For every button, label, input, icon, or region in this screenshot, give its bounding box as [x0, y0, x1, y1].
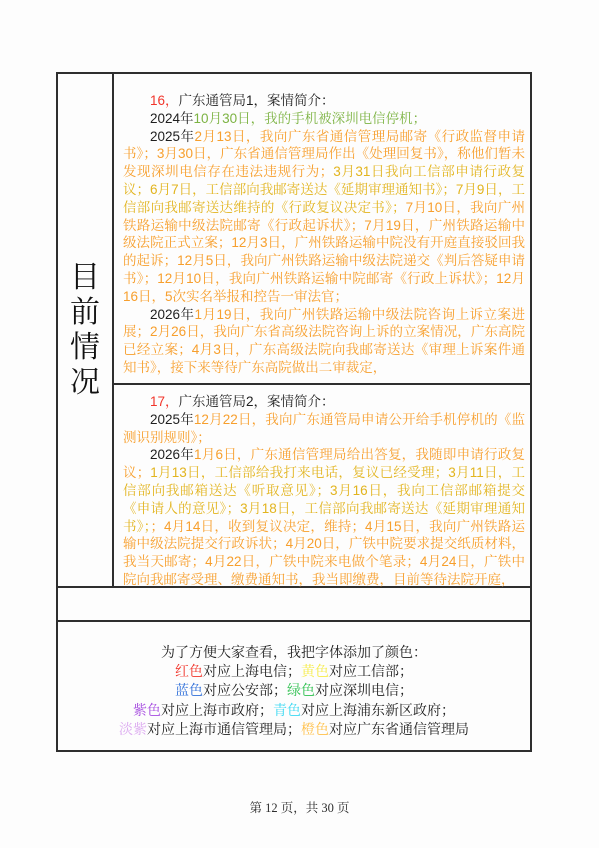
case-16-title: 16，广东通管局1，案情简介：	[123, 92, 525, 110]
case-column: 16，广东通管局1，案情简介： 2024年10月30日，我的手机被深圳电信停机；…	[114, 74, 530, 586]
table-upper-rows: 目前情况 16，广东通管局1，案情简介： 2024年10月30日，我的手机被深圳…	[56, 72, 532, 588]
row-header-cell: 目前情况	[58, 74, 114, 586]
case-16-cell: 16，广东通管局1，案情简介： 2024年10月30日，我的手机被深圳电信停机；…	[114, 74, 530, 385]
legend-header: 为了方便大家查看，我把字体添加了颜色：	[58, 643, 530, 662]
case-17-cell: 17，广东通管局2，案情简介： 2025年12月22日，我向广东通管局申请公开给…	[114, 385, 530, 586]
case-17-paragraph-2025: 2025年12月22日，我向广东通管局申请公开给手机停机的《监测识别规则》；	[123, 411, 525, 447]
case-17-title: 17，广东通管局2，案情简介：	[123, 393, 525, 411]
document-page: 目前情况 16，广东通管局1，案情简介： 2024年10月30日，我的手机被深圳…	[0, 0, 599, 848]
color-legend-cell: 为了方便大家查看，我把字体添加了颜色： 红色对应上海电信；黄色对应工信部； 蓝色…	[56, 622, 532, 752]
vertical-row-label: 目前情况	[69, 260, 101, 400]
page-number-footer: 第 12 页，共 30 页	[0, 798, 599, 816]
legend-line-4: 淡紫对应上海市通信管理局；橙色对应广东省通信管理局	[58, 720, 530, 739]
case-16-paragraph-2025: 2025年2月13日，我向广东省通信管理局邮寄《行政监督申请书》；3月30日，广…	[123, 128, 525, 306]
legend-line-1: 红色对应上海电信；黄色对应工信部；	[58, 662, 530, 681]
case-17-paragraph-2026: 2026年1月6日，广东通信管理局给出答复，我随即申请行政复议；1月13日，工信…	[123, 446, 525, 588]
case-16-paragraph-2024: 2024年10月30日，我的手机被深圳电信停机；	[123, 110, 525, 128]
main-table: 目前情况 16，广东通管局1，案情简介： 2024年10月30日，我的手机被深圳…	[56, 72, 532, 752]
legend-line-3: 紫色对应上海市政府；青色对应上海浦东新区政府；	[58, 701, 530, 720]
empty-spacer-row	[56, 588, 532, 622]
case-16-paragraph-2026: 2026年1月19日，我向广州铁路运输中级法院咨询上诉立案进展；2月26日，我向…	[123, 306, 525, 377]
legend-line-2: 蓝色对应公安部；绿色对应深圳电信；	[58, 681, 530, 700]
